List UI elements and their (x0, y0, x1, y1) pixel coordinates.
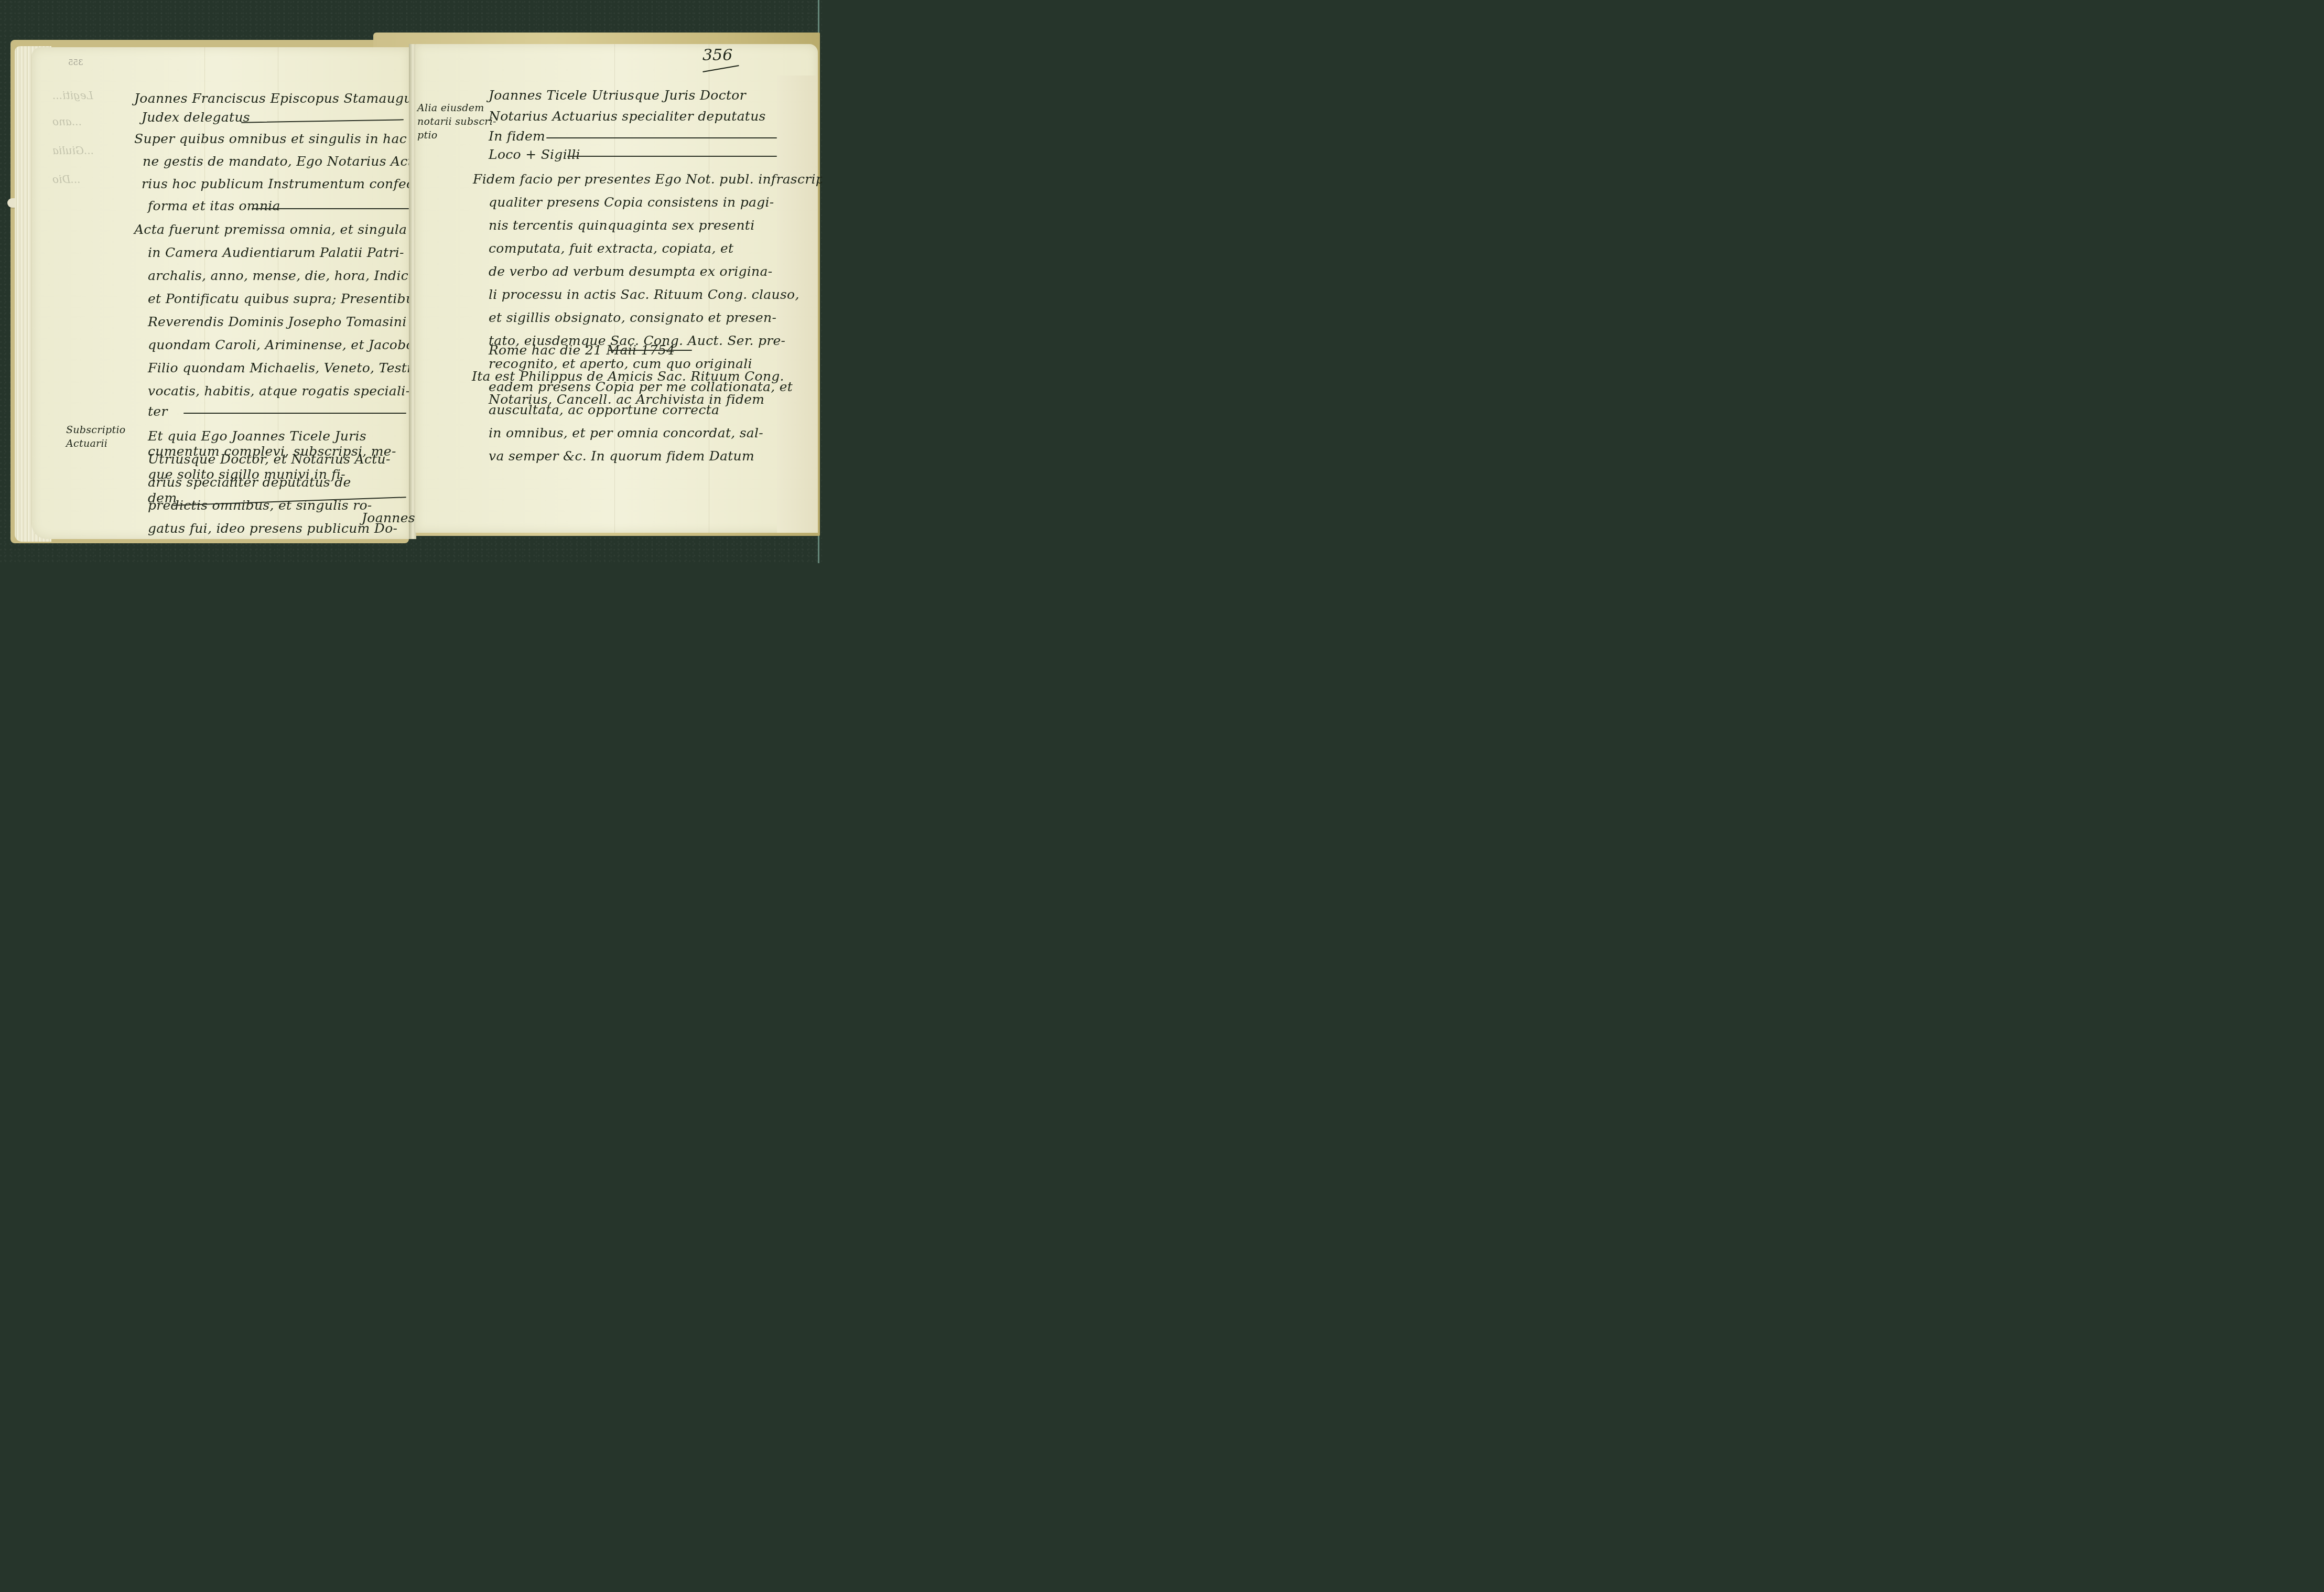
text-line: gatus fui, ideo presens publicum Do- (148, 519, 397, 538)
text-line: Reverendis Dominis Josepho Tomasini Fili… (148, 313, 441, 331)
margin-note-line: Alia eiusdem (417, 102, 484, 114)
text-line: In fidem (489, 127, 545, 146)
text-line: Ita est Philippus de Amicis Sac. Rituum … (472, 367, 784, 386)
line-filler-rule (252, 208, 409, 209)
text-line: que solito sigillo munivi in fi- (148, 465, 345, 484)
text-line: archalis, anno, mense, die, hora, Indict… (148, 266, 447, 285)
text-line: et sigillis obsignato, consignato et pre… (489, 308, 776, 327)
text-line: Fidem facio per presentes Ego Not. publ.… (473, 170, 822, 189)
text-line: Notarius Actuarius specialiter deputatus (489, 107, 766, 126)
line-filler-rule (567, 156, 777, 157)
text-line: Acta fuerunt premissa omnia, et singula (134, 220, 407, 239)
text-line: va semper &c. In quorum fidem Datum (489, 447, 754, 466)
line-filler-rule (183, 413, 406, 414)
text-line: in omnibus, et per omnia concordat, sal- (489, 424, 763, 443)
bleed-through-text: Legiti... (52, 89, 93, 102)
text-line: qualiter presens Copia consistens in pag… (489, 193, 774, 212)
text-line: cumentum complevi, subscripsi, me- (148, 442, 396, 461)
page-fore-edge (777, 76, 818, 533)
folio-number: 356 (702, 46, 732, 64)
text-line: li processu in actis Sac. Rituum Cong. c… (489, 285, 799, 304)
text-line: Notarius, Cancell. ac Archivista in fide… (489, 390, 764, 409)
text-line: ne gestis de mandato, Ego Notarius Actua… (143, 152, 434, 171)
text-line: ter (148, 402, 168, 421)
text-line: vocatis, habitis, atque rogatis speciali… (148, 382, 410, 401)
line-filler-rule (546, 137, 777, 138)
signature-joannes: Joannes (362, 509, 415, 528)
bleed-through-text: ...Giulia (52, 144, 94, 157)
text-line: Judex delegatus (142, 108, 250, 127)
text-line: in Camera Audientiarum Palatii Patri- (148, 243, 404, 262)
mirrored-pencil-folio: 355 (68, 58, 83, 67)
margin-note-line: ptio (417, 129, 438, 142)
text-line: forma et itas omnia (148, 197, 280, 216)
margin-note-line: Actuarii (66, 437, 107, 450)
text-line: et Pontificatu quibus supra; Presentibus (148, 289, 421, 308)
text-line: Loco + Sigilli (489, 145, 580, 164)
folio-underline (702, 65, 739, 72)
bleed-through-text: ...ano (52, 115, 82, 128)
margin-note-line: Subscriptio (66, 424, 126, 436)
line-filler-rule (241, 119, 404, 123)
text-line: Filio quondam Michaelis, Veneto, Testibu… (148, 359, 435, 378)
text-line: dem (148, 489, 177, 508)
margin-note-line: notarii subscri- (417, 115, 496, 128)
right-page: 356 Alia eiusdem notarii subscri- ptio J… (415, 44, 818, 533)
text-line: Joannes Ticele Utriusque Juris Doctor (489, 86, 746, 105)
bleed-through-text: ...Dio (52, 173, 81, 186)
text-line: de verbo ad verbum desumpta ex origina- (489, 262, 772, 281)
text-line: rius hoc publicum Instrumentum confeci i… (142, 175, 436, 193)
text-line: nis tercentis quinquaginta sex presenti (489, 216, 754, 235)
line-filler-rule (608, 350, 692, 351)
text-line: computata, fuit extracta, copiata, et (489, 239, 733, 258)
